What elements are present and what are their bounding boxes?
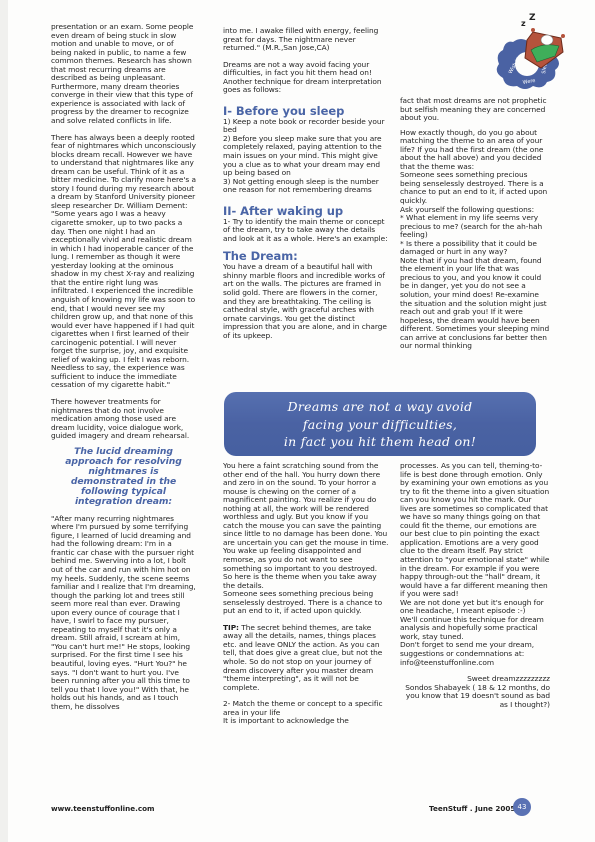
footer-magazine-issue: TeenStuff . June 2005 xyxy=(429,804,515,813)
banner-line: in fact you hit them head on! xyxy=(224,433,536,451)
tip-text: The secret behind themes, are take away … xyxy=(223,623,382,692)
paragraph: You here a faint scratching sound from t… xyxy=(223,462,390,573)
paragraph: Don't forget to send me your dream, sugg… xyxy=(400,641,550,658)
paragraph: It is important to acknowledge the xyxy=(223,717,390,726)
question-item: * What element in my life seems very pre… xyxy=(400,214,550,240)
column-1: presentation or an exam. Some people eve… xyxy=(51,23,196,711)
paragraph: There however treatments for nightmares … xyxy=(51,398,196,441)
list-item: 2- Match the theme or concept to a speci… xyxy=(223,700,390,717)
question-item: * Is there a possibility that it could b… xyxy=(400,240,550,257)
list-item: 3) Not getting enough sleep is the numbe… xyxy=(223,178,390,195)
quote-paragraph: "Some years ago I was a heavy cigarette … xyxy=(51,210,196,389)
paragraph: Note that if you had that dream, found t… xyxy=(400,257,550,351)
column-2-lower: You here a faint scratching sound from t… xyxy=(223,462,390,726)
paragraph: There has always been a deeply rooted fe… xyxy=(51,134,196,211)
tip-paragraph: TIP: The secret behind themes, are take … xyxy=(223,624,390,692)
paragraph: Someone sees something precious being se… xyxy=(223,590,390,616)
contact-email[interactable]: info@teenstuffonline.com xyxy=(400,659,550,668)
svg-text:z: z xyxy=(521,19,526,28)
paragraph: Another technique for dream interpretati… xyxy=(223,78,390,95)
paragraph: presentation or an exam. Some people eve… xyxy=(51,23,196,126)
banner-line: facing your difficulties, xyxy=(224,416,536,434)
svg-text:Z: Z xyxy=(529,13,536,23)
list-item: 1) Keep a note book or recorder beside y… xyxy=(223,118,390,135)
dream-description: You have a dream of a beautiful hall wit… xyxy=(223,263,390,340)
paragraph: into me. I awake filled with energy, fee… xyxy=(223,27,390,53)
page-binding-edge xyxy=(0,0,8,842)
paragraph: We'll continue this technique for dream … xyxy=(400,616,550,642)
pull-quote-banner: Dreams are not a way avoid facing your d… xyxy=(224,392,536,456)
paragraph: fact that most dreams are not prophetic … xyxy=(400,97,550,123)
footer-website-url[interactable]: www.teenstuffonline.com xyxy=(51,804,155,813)
paragraph: Someone sees something precious being se… xyxy=(400,171,550,205)
paragraph: How exactly though, do you go about matc… xyxy=(400,129,550,172)
paragraph: Dreams are not a way avoid facing your d… xyxy=(223,61,390,78)
column-2: into me. I awake filled with energy, fee… xyxy=(223,27,390,340)
section-heading-after-waking: II- After waking up xyxy=(223,205,390,217)
column-3: fact that most dreams are not prophetic … xyxy=(400,97,550,351)
list-item: 1- Try to identify the main theme or con… xyxy=(223,218,390,244)
paragraph: processes. As you can tell, theming-to-l… xyxy=(400,462,550,599)
section-heading-the-dream: The Dream: xyxy=(223,250,390,262)
page-number-badge: 43 xyxy=(513,798,531,816)
quote-paragraph: "After many recurring nightmares where I… xyxy=(51,515,196,712)
paragraph: We are not done yet but it's enough for … xyxy=(400,599,550,616)
sleeping-bed-icon: Wish U Were Sleeping z Z xyxy=(483,12,583,90)
column-3-lower: processes. As you can tell, theming-to-l… xyxy=(400,462,550,709)
sleeping-bed-logo: Wish U Were Sleeping z Z xyxy=(483,12,583,90)
paragraph: So here is the theme when you take away … xyxy=(223,573,390,590)
lucid-dreaming-subheading: The lucid dreaming approach for resolvin… xyxy=(51,447,196,507)
list-item: 2) Before you sleep make sure that you a… xyxy=(223,135,390,178)
banner-line: Dreams are not a way avoid xyxy=(224,398,536,416)
section-heading-before-sleep: I- Before you sleep xyxy=(223,105,390,117)
author-note: Sondos Shabayek ( 18 & 12 months, do you… xyxy=(400,684,550,710)
